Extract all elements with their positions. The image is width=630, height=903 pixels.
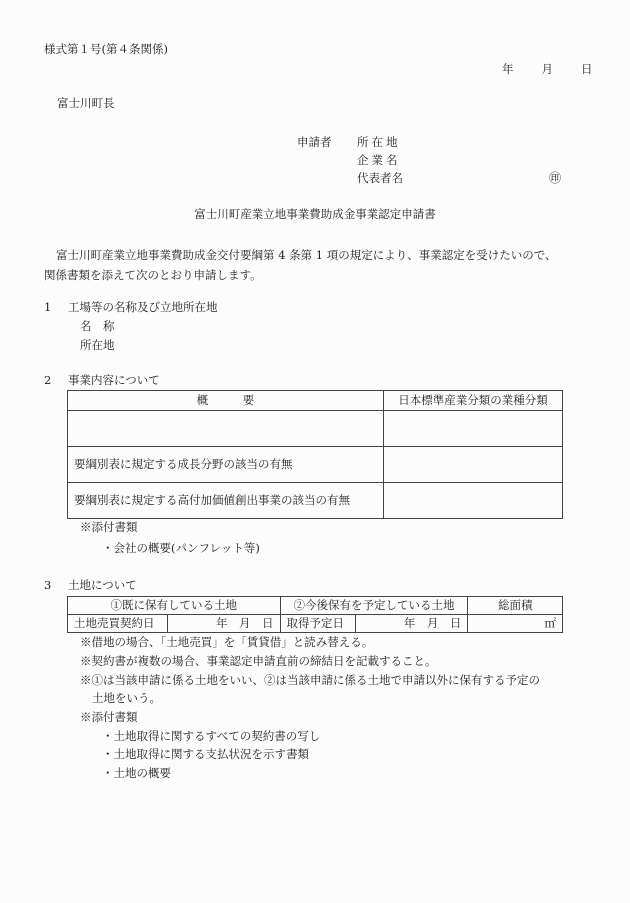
table-row [68,411,563,447]
contract-date-label: 土地売買契約日 [68,615,168,633]
table-row: 要綱別表に規定する高付加価値創出事業の該当の有無 [68,483,563,519]
addressee: 富士川町長 [57,98,115,110]
date-day: 日 [581,64,593,76]
section-2-number: 2 [44,375,68,387]
document-title: 富士川町産業立地事業費助成金事業認定申請書 [0,209,630,221]
applicant-address-label: 所在地 [357,137,401,149]
header-overview: 概 要 [68,391,384,411]
note-land-definition: ※①は当該申請に係る土地をいい、②は当該申請に係る土地で申請以外に保有する予定の [80,675,540,687]
body-line-2: 関係書類を添えて次のとおり申請します。 [44,265,557,285]
note-land-definition-cont: 土地をいう。 [92,693,161,705]
land-table: ①既に保有している土地 ②今後保有を予定している土地 総面積 土地売買契約日 年… [67,596,563,633]
seal-icon: ㊞ [549,172,561,184]
body-line-1: 富士川町産業立地事業費助成金交付要綱第 4 条第 1 項の規定により、事業認定を… [44,245,557,265]
growth-field-label: 要綱別表に規定する成長分野の該当の有無 [68,447,384,483]
header-industry-classification: 日本標準産業分類の業種分類 [383,391,562,411]
table-row: 土地売買契約日 年 月 日 取得予定日 年 月 日 ㎡ [68,615,563,633]
table-row: 要綱別表に規定する成長分野の該当の有無 [68,447,563,483]
section-2-attachment-item: ・会社の概要(パンフレット等) [102,543,260,555]
section-1-title: 工場等の名称及び立地所在地 [68,300,218,314]
form-number: 様式第１号(第４条関係) [44,44,168,56]
section-3-attachment-item: ・土地取得に関する支払状況を示す書類 [102,749,309,761]
business-content-table: 概 要 日本標準産業分類の業種分類 要綱別表に規定する成長分野の該当の有無 要綱… [67,390,563,519]
section-2-attachments-label: ※添付書類 [80,522,138,534]
section-3-heading: 3土地について [44,580,137,592]
facility-location-label: 所在地 [80,340,115,352]
high-value-business-label: 要綱別表に規定する高付加価値創出事業の該当の有無 [68,483,384,519]
high-value-business-input-cell[interactable] [383,483,562,519]
header-owned-land: ①既に保有している土地 [68,597,281,615]
applicant-company-label: 企業名 [357,155,401,167]
applicant-representative-label: 代表者名 [357,173,403,185]
growth-field-input-cell[interactable] [383,447,562,483]
section-3-title: 土地について [68,578,137,592]
body-paragraph: 富士川町産業立地事業費助成金交付要綱第 4 条第 1 項の規定により、事業認定を… [44,245,557,285]
classification-input-cell[interactable] [383,411,562,447]
total-area-input[interactable]: ㎡ [468,615,563,633]
date-year: 年 [502,64,514,76]
section-1-number: 1 [44,302,68,314]
applicant-label: 申請者 [297,137,332,149]
table-header-row: 概 要 日本標準産業分類の業種分類 [68,391,563,411]
section-3-attachments-label: ※添付書類 [80,712,138,724]
date-month: 月 [542,64,554,76]
facility-name-label: 名 称 [80,321,115,333]
section-3-attachment-item: ・土地の概要 [102,768,171,780]
note-multiple-contracts: ※契約書が複数の場合、事業認定申請直前の締結日を記載すること。 [80,656,437,668]
acquire-date-label: 取得予定日 [280,615,355,633]
header-total-area: 総面積 [468,597,563,615]
section-1-heading: 1工場等の名称及び立地所在地 [44,302,218,314]
header-planned-land: ②今後保有を予定している土地 [280,597,468,615]
date-line: 年月日 [502,64,593,76]
section-2-title: 事業内容について [68,373,160,387]
section-2-heading: 2事業内容について [44,375,160,387]
acquire-date-input[interactable]: 年 月 日 [355,615,468,633]
section-3-number: 3 [44,580,68,592]
section-3-attachment-item: ・土地取得に関するすべての契約書の写し [102,731,320,743]
table-header-row: ①既に保有している土地 ②今後保有を予定している土地 総面積 [68,597,563,615]
note-lease: ※借地の場合、「土地売買」を「賃貸借」と読み替える。 [80,637,373,649]
contract-date-input[interactable]: 年 月 日 [167,615,280,633]
overview-input-cell[interactable] [68,411,384,447]
